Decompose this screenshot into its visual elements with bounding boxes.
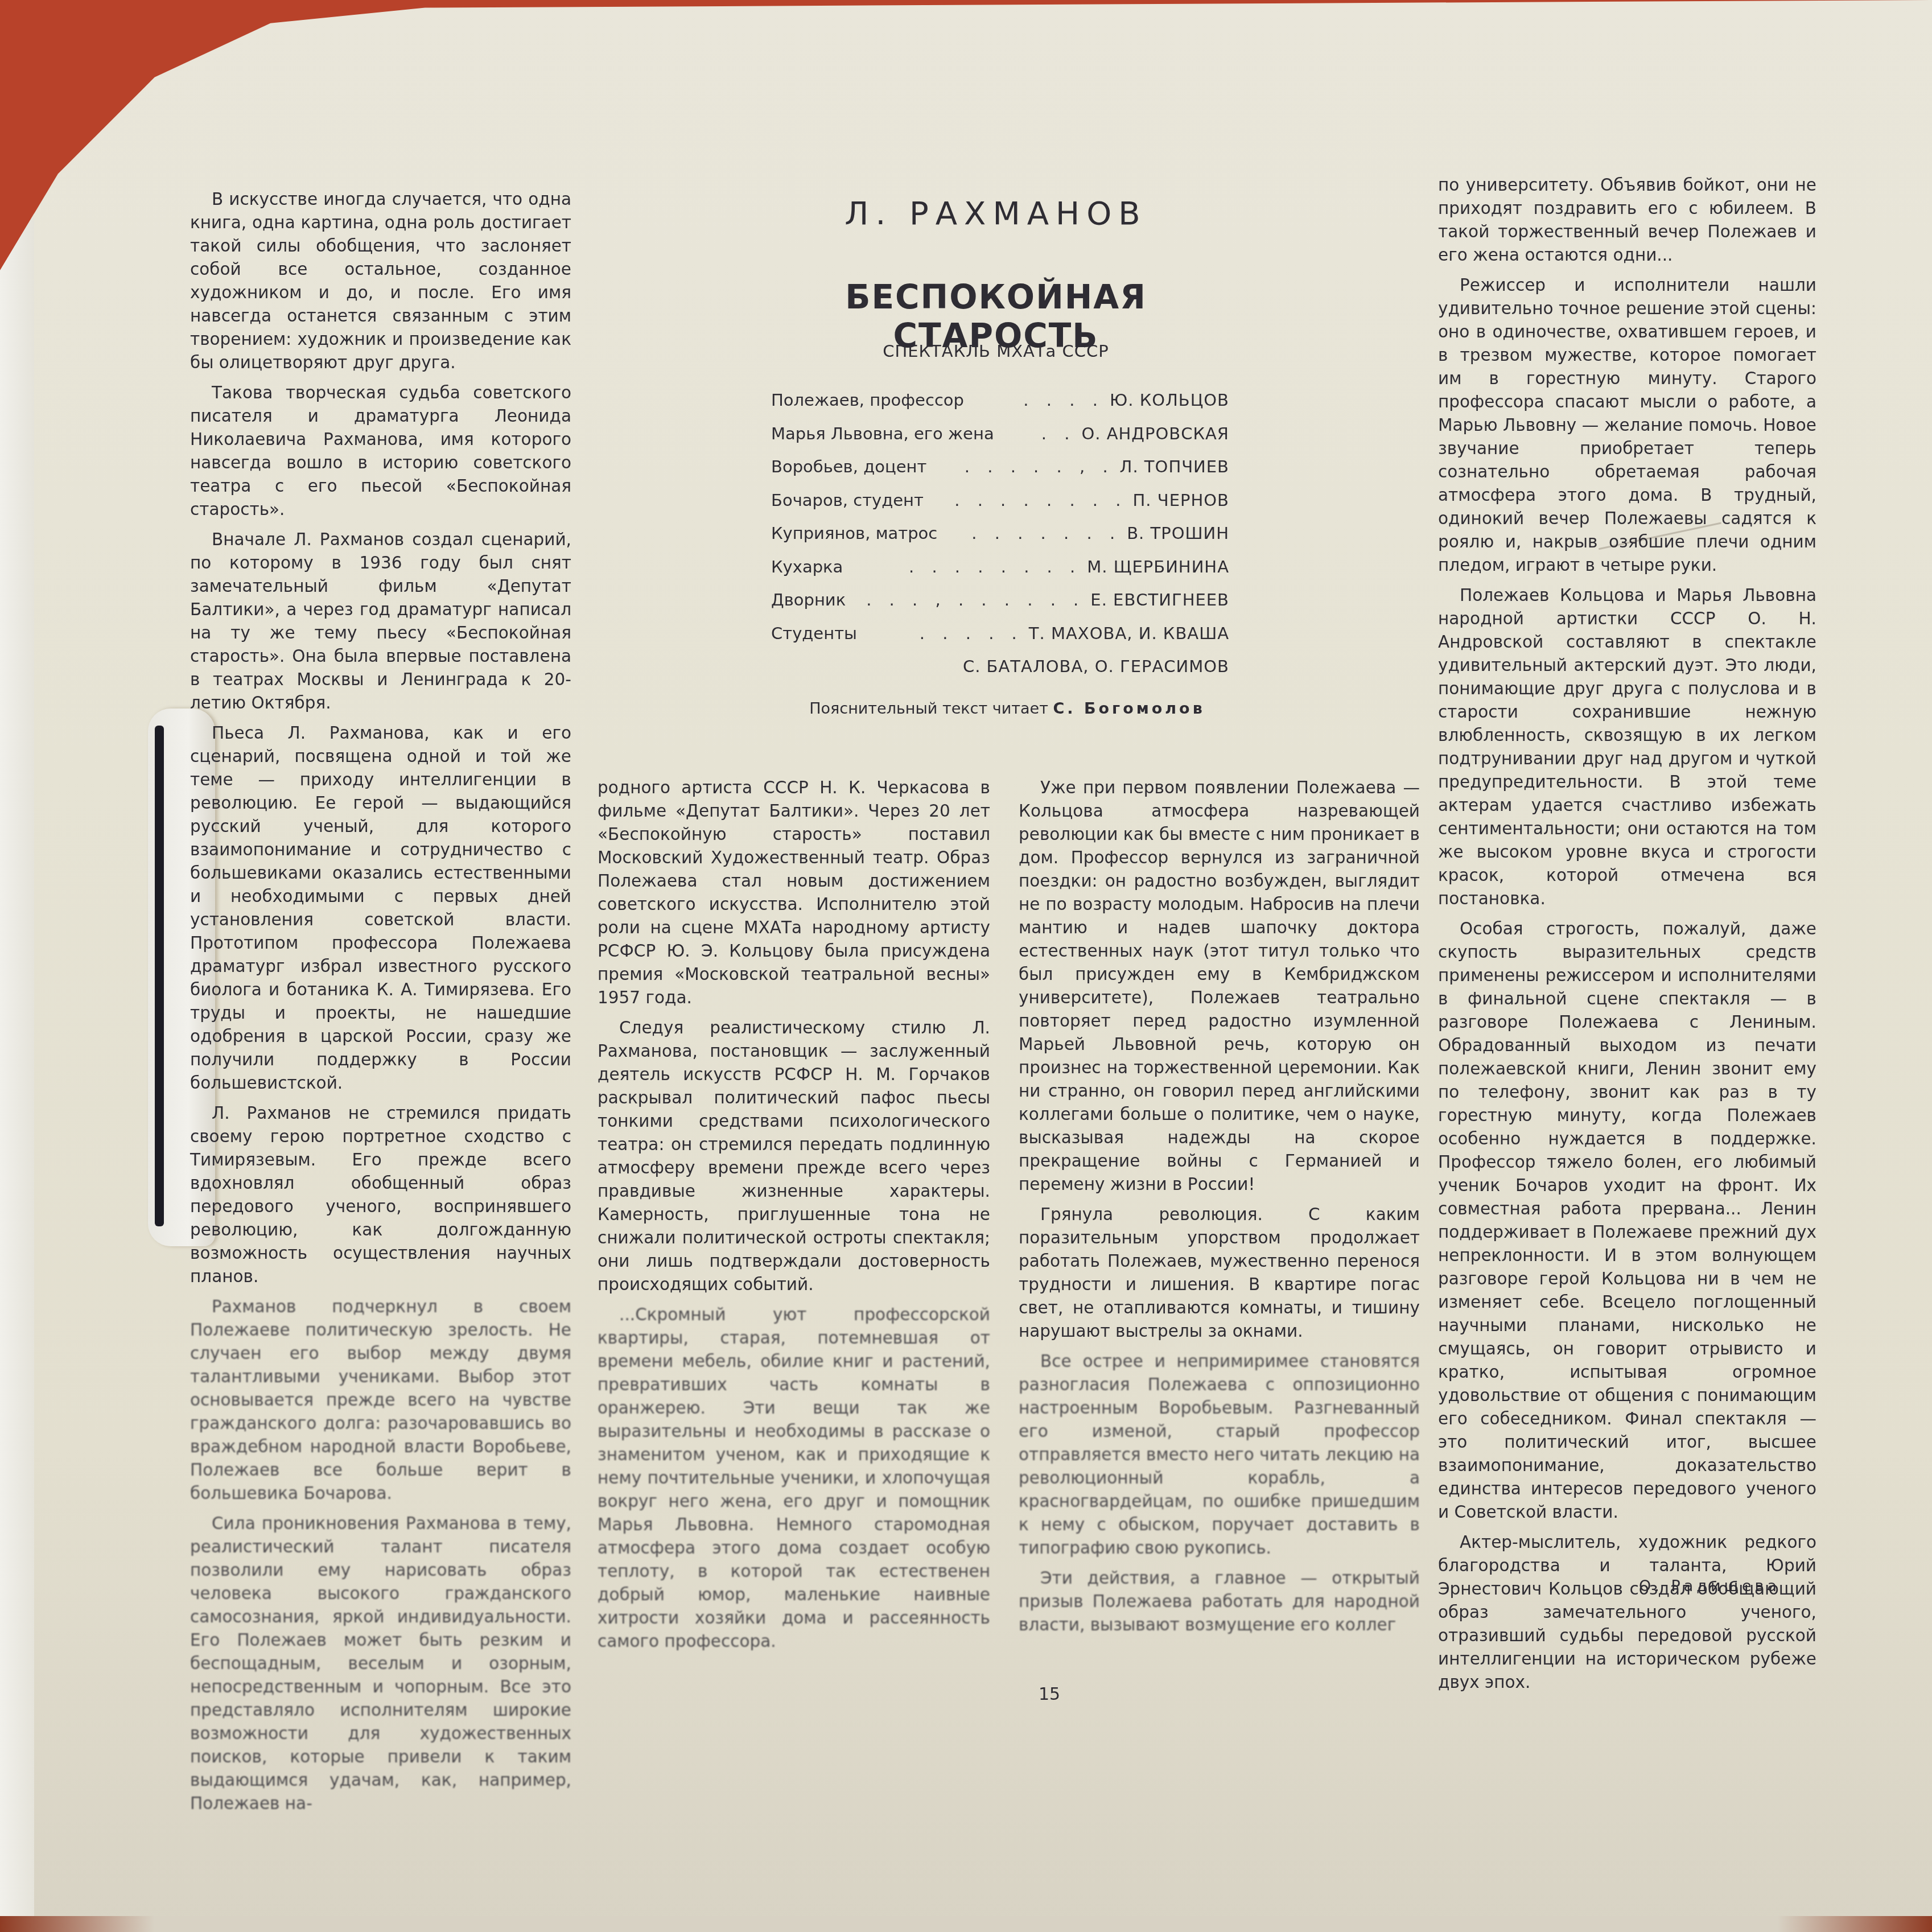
article-paragraph: Следуя реалистическому стилю Л. Рахманов… [598, 1016, 990, 1296]
cast-leader-dots: . . . . . . . . [924, 491, 1133, 510]
cast-actor: С. БАТАЛОВА, О. ГЕРАСИМОВ [963, 657, 1229, 676]
cast-role: Полежаев, профессор [771, 390, 964, 410]
article-paragraph: Все острее и непримиримее становятся раз… [1019, 1350, 1420, 1560]
production-subtitle: СПЕКТАКЛЬ МХАТа СССР [740, 341, 1252, 361]
cast-role: Кухарка [771, 557, 843, 576]
cast-actor: В. ТРОШИН [1127, 524, 1229, 543]
cast-row: Воробьев, доцент. . . . . , .Л. ТОПЧИЕВ [771, 457, 1229, 491]
article-column-4: по университету. Объявив бойкот, они не … [1438, 174, 1816, 1701]
cast-actor: Л. ТОПЧИЕВ [1120, 457, 1229, 476]
cast-leader-dots: . . . . . [857, 624, 1029, 643]
article-paragraph: Уже при первом появлении Полежаева — Кол… [1019, 776, 1420, 1196]
cast-leader-dots: . . [994, 424, 1082, 443]
cast-row: С. БАТАЛОВА, О. ГЕРАСИМОВ [771, 657, 1229, 690]
cast-row: Полежаев, профессор. . . .Ю. КОЛЬЦОВ [771, 390, 1229, 424]
cast-row: Дворник. . . , . . . . . .Е. ЕВСТИГНЕЕВ [771, 590, 1229, 624]
cast-list: Полежаев, профессор. . . .Ю. КОЛЬЦОВМарь… [771, 390, 1229, 690]
narrator-name: С. Богомолов [1053, 700, 1205, 718]
cast-role: Марья Львовна, его жена [771, 424, 994, 443]
article-paragraph: ...Скромный уют профессорской квартиры, … [598, 1303, 990, 1653]
cast-row: Бочаров, студент. . . . . . . .П. ЧЕРНОВ [771, 491, 1229, 524]
article-paragraph: Особая строгость, пожалуй, даже скупость… [1438, 917, 1816, 1524]
article-paragraph: В искусстве иногда случается, что одна к… [190, 188, 571, 374]
article-paragraph: Эти действия, а главное — открытый призы… [1019, 1567, 1420, 1637]
page-bottom-edge [0, 1916, 1932, 1932]
article-paragraph: родного артиста СССР Н. К. Черкасова в ф… [598, 776, 990, 1010]
cast-leader-dots: . . . . . . . [937, 524, 1127, 543]
narrator-credit: Пояснительный текст читает С. Богомолов [785, 700, 1229, 718]
cast-role: Студенты [771, 624, 857, 643]
cast-actor: Е. ЕВСТИГНЕЕВ [1090, 590, 1229, 609]
article-paragraph: Л. Рахманов не стремился придать своему … [190, 1102, 571, 1288]
article-paragraph: Сила проникновения Рахманова в тему, реа… [190, 1512, 571, 1815]
narrator-label: Пояснительный текст читает [809, 700, 1048, 718]
cast-role: Дворник [771, 590, 846, 609]
article-paragraph: Такова творческая судьба советского писа… [190, 381, 571, 521]
cast-row: Студенты. . . . .Т. МАХОВА, И. КВАША [771, 624, 1229, 657]
article-paragraph: Пьеса Л. Рахманова, как и его сценарий, … [190, 722, 571, 1095]
cast-role: Бочаров, студент [771, 491, 924, 510]
author-name: Л. РАХМАНОВ [740, 195, 1252, 232]
article-column-1: В искусстве иногда случается, что одна к… [190, 188, 571, 1822]
cast-row: Марья Львовна, его жена. .О. АНДРОВСКАЯ [771, 424, 1229, 458]
cast-row: Куприянов, матрос. . . . . . .В. ТРОШИН [771, 524, 1229, 557]
cast-leader-dots: . . . . [964, 390, 1110, 410]
cast-role: Куприянов, матрос [771, 524, 937, 543]
article-column-3: Уже при первом появлении Полежаева — Кол… [1019, 776, 1420, 1643]
cast-actor: П. ЧЕРНОВ [1133, 491, 1229, 510]
article-column-2: родного артиста СССР Н. К. Черкасова в ф… [598, 776, 990, 1660]
cast-actor: Т. МАХОВА, И. КВАША [1029, 624, 1229, 643]
cast-leader-dots: . . . . . . . . [843, 557, 1087, 576]
cast-leader-dots: . . . . . , . [926, 457, 1119, 476]
cast-row: Кухарка. . . . . . . .М. ЩЕРБИНИНА [771, 557, 1229, 591]
article-paragraph: Актер-мыслитель, художник редкого благор… [1438, 1531, 1816, 1694]
article-paragraph: Режиссер и исполнители нашли удивительно… [1438, 274, 1816, 577]
cast-leader-dots: . . . , . . . . . . [846, 590, 1090, 609]
page-number: 15 [1039, 1684, 1060, 1704]
article-paragraph: по университету. Объявив бойкот, они не … [1438, 174, 1816, 267]
cast-role: Воробьев, доцент [771, 457, 926, 476]
cast-actor: О. АНДРОВСКАЯ [1081, 424, 1229, 443]
article-paragraph: Полежаев Кольцова и Марья Львовна народн… [1438, 584, 1816, 911]
article-paragraph: Грянула революция. С каким поразительным… [1019, 1203, 1420, 1343]
article-signature: О. Радищева [1639, 1577, 1780, 1595]
article-paragraph: Рахманов подчеркнул в своем Полежаеве по… [190, 1295, 571, 1505]
cast-actor: Ю. КОЛЬЦОВ [1110, 390, 1229, 410]
cast-actor: М. ЩЕРБИНИНА [1087, 557, 1229, 576]
article-paragraph: Вначале Л. Рахманов создал сценарий, по … [190, 528, 571, 715]
